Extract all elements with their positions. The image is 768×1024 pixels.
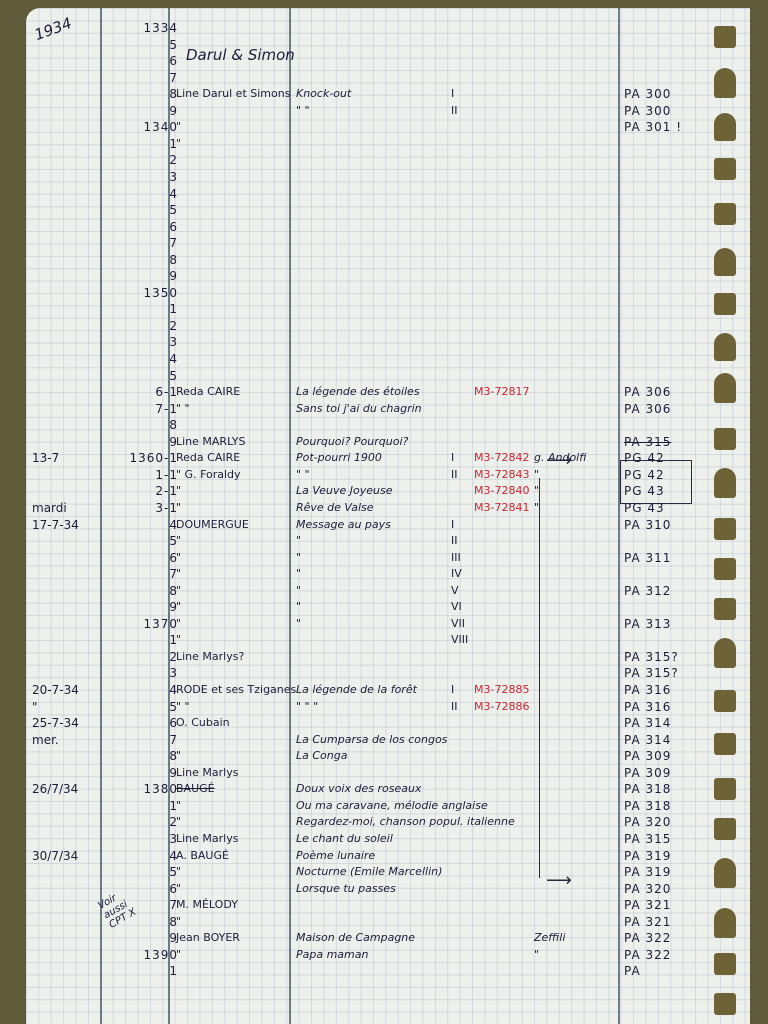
matrix-number: 6 — [102, 715, 178, 731]
ledger-row: 1334 — [26, 20, 750, 36]
ledger-row: 1-1" G. Foraldy" "IIM3-72843"PG 42 — [26, 467, 750, 483]
matrix-number: 6 — [102, 550, 178, 566]
catalog-number: PA 315? — [624, 665, 714, 681]
artist-name: " — [176, 566, 296, 582]
side-annotation: " — [534, 467, 614, 483]
artist-name: " — [176, 483, 296, 499]
catalog-number: PA 321 — [624, 897, 714, 913]
matrix-number: 4 — [102, 848, 178, 864]
song-title: Knock-out — [296, 86, 471, 102]
ledger-row: 8"La CongaPA 309 — [26, 748, 750, 764]
catalog-number: PA 322 — [624, 947, 714, 963]
artist-name: " — [176, 864, 296, 880]
ledger-row: 5 — [26, 368, 750, 384]
take-mark: I — [451, 450, 471, 466]
artist-name: O. Cubain — [176, 715, 296, 731]
matrix-number: 1350 — [102, 285, 178, 301]
song-title: " — [296, 550, 471, 566]
ledger-row: 9""VI — [26, 599, 750, 615]
catalog-number: PA 321 — [624, 914, 714, 930]
catalog-number: PA 318 — [624, 798, 714, 814]
catalog-number: PA 314 — [624, 732, 714, 748]
song-title: " — [296, 566, 471, 582]
binder-hole — [714, 373, 736, 403]
ledger-row: mer.7La Cumparsa de los congosPA 314 — [26, 732, 750, 748]
ledger-row: 30/7/344A. BAUGÉPoème lunairePA 319 — [26, 848, 750, 864]
binder-hole — [714, 598, 736, 620]
matrix-number: 2 — [102, 814, 178, 830]
catalog-number: PA 306 — [624, 384, 714, 400]
ledger-row: 1"Ou ma caravane, mélodie anglaisePA 318 — [26, 798, 750, 814]
ledger-row: 1"VIII — [26, 632, 750, 648]
matrix-number: 7 — [102, 732, 178, 748]
catalog-number: PG 43 — [624, 483, 714, 499]
song-title: La Cumparsa de los congos — [296, 732, 471, 748]
take-mark: II — [451, 533, 471, 549]
ledger-row: 2Line Marlys?PA 315? — [26, 649, 750, 665]
ledger-row: 9" "IIPA 300 — [26, 103, 750, 119]
matrix-number: 1334 — [102, 20, 178, 36]
song-title: " " " — [296, 699, 471, 715]
take-mark: II — [451, 103, 471, 119]
artist-name: " — [176, 814, 296, 830]
ledger-row: 17-7-344DOUMERGUEMessage au paysIPA 310 — [26, 517, 750, 533]
ledger-row: 4 — [26, 351, 750, 367]
matrix-number: 1 — [102, 963, 178, 979]
binder-hole — [714, 248, 736, 276]
ledger-row: 5 — [26, 202, 750, 218]
ledger-row: 1370""VIIPA 313 — [26, 616, 750, 632]
song-title: La légende de la forêt — [296, 682, 471, 698]
take-mark: I — [451, 517, 471, 533]
matrix-number: 1380 — [102, 781, 178, 797]
take-mark: II — [451, 699, 471, 715]
catalog-number: PG 43 — [624, 500, 714, 516]
artist-name: " — [176, 947, 296, 963]
song-title: Le chant du soleil — [296, 831, 471, 847]
ledger-row: 1PA — [26, 963, 750, 979]
ledger-row: 1" — [26, 136, 750, 152]
matrix-number: 8 — [102, 914, 178, 930]
matrix-number: 9 — [102, 599, 178, 615]
matrix-number: 7-1 — [102, 401, 178, 417]
take-mark: VI — [451, 599, 471, 615]
matrix-number: 2 — [102, 318, 178, 334]
matrix-number: 5 — [102, 533, 178, 549]
song-title: Rêve de Valse — [296, 500, 471, 516]
song-title: Lorsque tu passes — [296, 881, 471, 897]
ledger-row: 3PA 315? — [26, 665, 750, 681]
matrix-number: 9 — [102, 434, 178, 450]
song-title: Sans toi j'ai du chagrin — [296, 401, 471, 417]
matrix-number: 1370 — [102, 616, 178, 632]
artist-name: BAUGÉ — [176, 781, 296, 797]
ledger-row: 26/7/341380BAUGÉDoux voix des roseauxPA … — [26, 781, 750, 797]
matrix-number: 5 — [102, 864, 178, 880]
catalog-number: PA 310 — [624, 517, 714, 533]
ledger-row: 6 — [26, 53, 750, 69]
binder-hole — [714, 818, 736, 840]
ledger-row: 1340"PA 301 ! — [26, 119, 750, 135]
matrix-number: 8 — [102, 748, 178, 764]
ledger-row: 7""IV — [26, 566, 750, 582]
catalog-number: PA 315? — [624, 649, 714, 665]
matrix-number: 9 — [102, 765, 178, 781]
matrix-number: 9 — [102, 268, 178, 284]
binder-hole — [714, 908, 736, 938]
matrix-number: 4 — [102, 351, 178, 367]
matrix-number: 7 — [102, 235, 178, 251]
catalog-number: PA — [624, 963, 714, 979]
catalog-number: PA 319 — [624, 848, 714, 864]
song-title: La Veuve Joyeuse — [296, 483, 471, 499]
song-title: " — [296, 616, 471, 632]
artist-name: Reda CAIRE — [176, 450, 296, 466]
binder-hole — [714, 333, 736, 361]
binder-hole — [714, 428, 736, 450]
catalog-number: PG 42 — [624, 467, 714, 483]
artist-name: Reda CAIRE — [176, 384, 296, 400]
matrix-number: 1 — [102, 301, 178, 317]
entry-date: 13-7 — [32, 450, 112, 466]
take-mark: I — [451, 682, 471, 698]
song-title: La Conga — [296, 748, 471, 764]
artist-name: " — [176, 119, 296, 135]
song-title: Papa maman — [296, 947, 471, 963]
artist-name: " — [176, 914, 296, 930]
entry-date: 20-7-34 — [32, 682, 112, 698]
catalog-number: PA 318 — [624, 781, 714, 797]
matrix-number: 6 — [102, 53, 178, 69]
ledger-row: 6 — [26, 219, 750, 235]
matrix-number: 1340 — [102, 119, 178, 135]
ledger-row: 2 — [26, 152, 750, 168]
matrix-number: 9 — [102, 930, 178, 946]
matrix-number: 1360-1 — [102, 450, 178, 466]
matrix-number: 4 — [102, 682, 178, 698]
song-title: Nocturne (Emile Marcellin) — [296, 864, 471, 880]
matrix-number: 5 — [102, 368, 178, 384]
artist-name: " — [176, 599, 296, 615]
matrix-number: 2 — [102, 649, 178, 665]
matrix-number: 3-1 — [102, 500, 178, 516]
take-mark: IV — [451, 566, 471, 582]
artist-name: M. MÉLODY — [176, 897, 296, 913]
binder-hole — [714, 993, 736, 1015]
artist-name: Jean BOYER — [176, 930, 296, 946]
ledger-row: 2 — [26, 318, 750, 334]
song-title: Pourquoi? Pourquoi? — [296, 434, 471, 450]
artist-name: " — [176, 616, 296, 632]
binder-hole — [714, 733, 736, 755]
ledger-row: 7 — [26, 235, 750, 251]
entry-date: 25-7-34 — [32, 715, 112, 731]
ledger-row: 3Line MarlysLe chant du soleilPA 315 — [26, 831, 750, 847]
matrix-number: 2 — [102, 152, 178, 168]
matrix-number: 8 — [102, 417, 178, 433]
ledger-row: 9Line MARLYSPourquoi? Pourquoi?PA 315 — [26, 434, 750, 450]
binder-hole — [714, 158, 736, 180]
matrix-number: 2-1 — [102, 483, 178, 499]
matrix-number: 7 — [102, 70, 178, 86]
artist-name: Line Marlys — [176, 831, 296, 847]
catalog-number: PA 320 — [624, 814, 714, 830]
artist-name: DOUMERGUE — [176, 517, 296, 533]
binder-hole — [714, 518, 736, 540]
artist-name: " — [176, 748, 296, 764]
song-title: La légende des étoiles — [296, 384, 471, 400]
take-mark: I — [451, 86, 471, 102]
song-title: " — [296, 533, 471, 549]
catalog-number: PG 42 — [624, 450, 714, 466]
binder-hole — [714, 638, 736, 668]
matrix-number: 6 — [102, 881, 178, 897]
catalog-number: PA 322 — [624, 930, 714, 946]
catalog-number: PA 315 — [624, 831, 714, 847]
ledger-row: 5 — [26, 37, 750, 53]
binder-hole — [714, 68, 736, 98]
catalog-number: PA 316 — [624, 699, 714, 715]
ledger-row: 6-1Reda CAIRELa légende des étoilesM3-72… — [26, 384, 750, 400]
binder-hole — [714, 778, 736, 800]
ledger-row: 13-71360-1Reda CAIREPot-pourri 1900IM3-7… — [26, 450, 750, 466]
song-title: Pot-pourri 1900 — [296, 450, 471, 466]
artist-name: " — [176, 500, 296, 516]
ledger-row: 9Line MarlysPA 309 — [26, 765, 750, 781]
artist-name: " — [176, 881, 296, 897]
catalog-number: PA 319 — [624, 864, 714, 880]
matrix-number: 4 — [102, 517, 178, 533]
song-title: " " — [296, 103, 471, 119]
matrix-number: 4 — [102, 186, 178, 202]
ledger-row: 8 — [26, 252, 750, 268]
matrix-number: 7 — [102, 897, 178, 913]
artist-name: " " — [176, 699, 296, 715]
matrix-number: 8 — [102, 583, 178, 599]
ledger-row: "5" "" " "IIM3-72886PA 316 — [26, 699, 750, 715]
ledger-row: 6""IIIPA 311 — [26, 550, 750, 566]
artist-name: Line Marlys — [176, 765, 296, 781]
red-matrix-code: M3-72885 — [474, 682, 564, 698]
binder-hole — [714, 858, 736, 888]
artist-name: " — [176, 632, 296, 648]
artist-name: " — [176, 533, 296, 549]
artist-name: " G. Foraldy — [176, 467, 296, 483]
ledger-row: 5""II — [26, 533, 750, 549]
binder-hole — [714, 690, 736, 712]
catalog-number: PA 300 — [624, 86, 714, 102]
artist-name: " " — [176, 401, 296, 417]
ledger-row: 1 — [26, 301, 750, 317]
binder-hole — [714, 203, 736, 225]
song-title: " — [296, 583, 471, 599]
matrix-number: 3 — [102, 665, 178, 681]
ledger-row: 8 — [26, 417, 750, 433]
ledger-row: 8Line Darul et SimonsKnock-outIPA 300 — [26, 86, 750, 102]
song-title: Message au pays — [296, 517, 471, 533]
binder-hole — [714, 113, 736, 141]
side-annotation: Zeffili — [534, 930, 614, 946]
matrix-number: 8 — [102, 252, 178, 268]
side-annotation: " — [534, 947, 614, 963]
artist-name: Line Marlys? — [176, 649, 296, 665]
ledger-row: 7-1" "Sans toi j'ai du chagrinPA 306 — [26, 401, 750, 417]
entry-date: mer. — [32, 732, 112, 748]
binder-hole — [714, 468, 736, 498]
catalog-number: PA 315 — [624, 434, 714, 450]
matrix-number: 1 — [102, 798, 178, 814]
ledger-row: 8"PA 321 — [26, 914, 750, 930]
take-mark: III — [451, 550, 471, 566]
song-title: Doux voix des roseaux — [296, 781, 471, 797]
artist-name: " — [176, 136, 296, 152]
ledger-row: mardi3-1"Rêve de ValseM3-72841"PG 43 — [26, 500, 750, 516]
ledger-row: 1350 — [26, 285, 750, 301]
matrix-number: 3 — [102, 334, 178, 350]
artist-name: Line Darul et Simons — [176, 86, 296, 102]
side-annotation: g. Andolfi — [534, 450, 614, 466]
matrix-number: 1 — [102, 632, 178, 648]
entry-date: 30/7/34 — [32, 848, 112, 864]
matrix-number: 1-1 — [102, 467, 178, 483]
ledger-row: 2"Regardez-moi, chanson popul. italienne… — [26, 814, 750, 830]
matrix-number: 3 — [102, 831, 178, 847]
matrix-number: 1 — [102, 136, 178, 152]
matrix-number: 3 — [102, 169, 178, 185]
matrix-number: 6-1 — [102, 384, 178, 400]
red-matrix-code: M3-72886 — [474, 699, 564, 715]
entry-date: mardi — [32, 500, 112, 516]
artist-name: " — [176, 583, 296, 599]
matrix-number: 5 — [102, 699, 178, 715]
notebook-page: 1934 Darul & Simon Voir aussi CPT X ⟶ ⟶ … — [26, 8, 750, 1024]
song-title: Maison de Campagne — [296, 930, 471, 946]
catalog-number: PA 300 — [624, 103, 714, 119]
side-annotation: " — [534, 500, 614, 516]
take-mark: V — [451, 583, 471, 599]
entry-date: 26/7/34 — [32, 781, 112, 797]
take-mark: II — [451, 467, 471, 483]
catalog-number: PA 301 ! — [624, 119, 714, 135]
binder-hole — [714, 558, 736, 580]
binder-hole — [714, 26, 736, 48]
artist-name: RODE et ses Tziganes — [176, 682, 296, 698]
song-title: " — [296, 599, 471, 615]
catalog-number: PA 320 — [624, 881, 714, 897]
ledger-row: 8""VPA 312 — [26, 583, 750, 599]
ledger-row: 9 — [26, 268, 750, 284]
matrix-number: 7 — [102, 566, 178, 582]
song-title: " " — [296, 467, 471, 483]
entry-date: 17-7-34 — [32, 517, 112, 533]
ledger-row: 4 — [26, 186, 750, 202]
ledger-row: 5"Nocturne (Emile Marcellin)PA 319 — [26, 864, 750, 880]
catalog-number: PA 309 — [624, 765, 714, 781]
matrix-number: 5 — [102, 202, 178, 218]
song-title: Ou ma caravane, mélodie anglaise — [296, 798, 471, 814]
side-annotation: " — [534, 483, 614, 499]
ledger-row: 20-7-344RODE et ses TziganesLa légende d… — [26, 682, 750, 698]
matrix-number: 6 — [102, 219, 178, 235]
matrix-number: 1390 — [102, 947, 178, 963]
matrix-number: 5 — [102, 37, 178, 53]
catalog-number: PA 316 — [624, 682, 714, 698]
ledger-row: 9Jean BOYERMaison de CampagneZeffiliPA 3… — [26, 930, 750, 946]
catalog-number: PA 312 — [624, 583, 714, 599]
artist-name: " — [176, 798, 296, 814]
binder-hole — [714, 953, 736, 975]
take-mark: VII — [451, 616, 471, 632]
take-mark: VIII — [451, 632, 471, 648]
ledger-row: 1390"Papa maman"PA 322 — [26, 947, 750, 963]
matrix-number: 9 — [102, 103, 178, 119]
binder-hole — [714, 293, 736, 315]
ledger-row: 6"Lorsque tu passesPA 320 — [26, 881, 750, 897]
artist-name: A. BAUGÉ — [176, 848, 296, 864]
matrix-number: 8 — [102, 86, 178, 102]
catalog-number: PA 314 — [624, 715, 714, 731]
ledger-row: 7M. MÉLODYPA 321 — [26, 897, 750, 913]
red-matrix-code: M3-72817 — [474, 384, 564, 400]
catalog-number: PA 306 — [624, 401, 714, 417]
ledger-row: 7 — [26, 70, 750, 86]
song-title: Regardez-moi, chanson popul. italienne — [296, 814, 471, 830]
ledger-row: 25-7-346O. CubainPA 314 — [26, 715, 750, 731]
catalog-number: PA 311 — [624, 550, 714, 566]
artist-name: " — [176, 550, 296, 566]
song-title: Poème lunaire — [296, 848, 471, 864]
ledger-row: 3 — [26, 334, 750, 350]
artist-name: Line MARLYS — [176, 434, 296, 450]
catalog-number: PA 309 — [624, 748, 714, 764]
ledger-row: 2-1"La Veuve JoyeuseM3-72840"PG 43 — [26, 483, 750, 499]
catalog-number: PA 313 — [624, 616, 714, 632]
ledger-row: 3 — [26, 169, 750, 185]
entry-date: " — [32, 699, 112, 715]
